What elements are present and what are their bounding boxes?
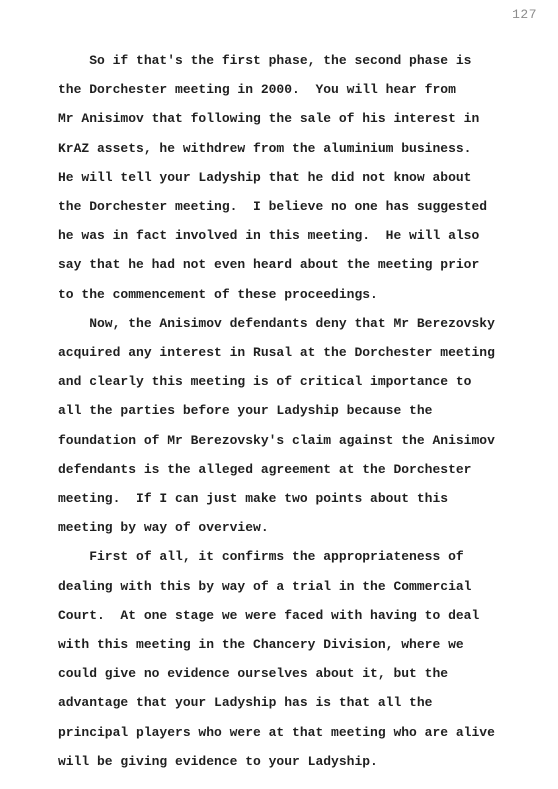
page-number: 127 bbox=[512, 7, 537, 22]
transcript-page: 127 So if that's the first phase, the se… bbox=[0, 0, 558, 789]
transcript-text: So if that's the first phase, the second… bbox=[58, 46, 495, 776]
